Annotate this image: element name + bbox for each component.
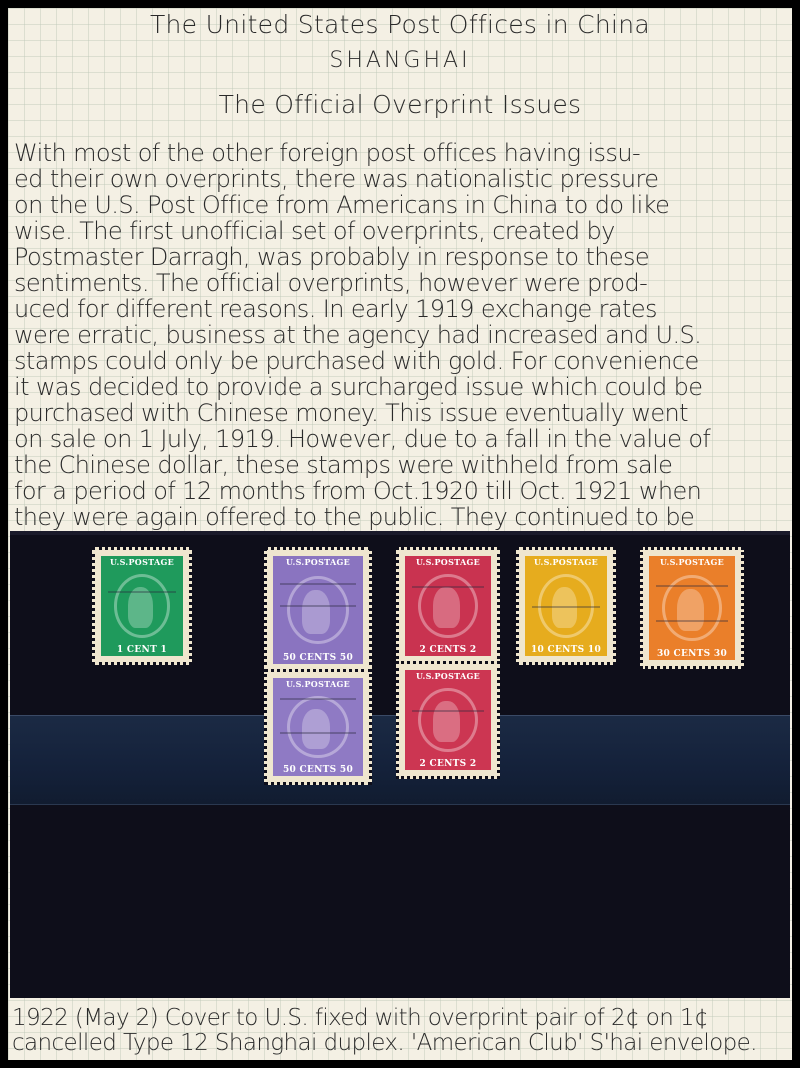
stamp-denomination: 2 CENTS 2 xyxy=(420,644,477,656)
stamp-denomination: 1 CENT 1 xyxy=(117,644,167,656)
portrait-oval xyxy=(418,688,477,752)
stamp-denomination: 2 CENTS 2 xyxy=(420,758,477,770)
stamp-top-label: U.S.POSTAGE xyxy=(110,556,174,568)
cancellation-mark xyxy=(412,586,484,588)
text-line: With most of the other foreign post offi… xyxy=(14,140,788,166)
text-line: ed their own overprints, there was natio… xyxy=(14,166,788,192)
stamp-top-label: U.S.POSTAGE xyxy=(416,556,480,568)
cancellation-mark xyxy=(656,620,728,622)
text-line: for a period of 12 months from Oct.1920 … xyxy=(14,478,788,504)
cancellation-mark xyxy=(280,732,356,734)
cancellation-mark xyxy=(656,585,728,587)
stamp-violet-50-cents-bottom[interactable]: U.S.POSTAGE 50 CENTS 50 xyxy=(264,669,372,785)
text-line: uced for different reasons. In early 191… xyxy=(14,296,788,322)
stamp-top-label: U.S.POSTAGE xyxy=(534,556,598,568)
stamp-denomination: 10 CENTS 10 xyxy=(531,644,601,656)
cover-caption: 1922 (May 2) Cover to U.S. fixed with ov… xyxy=(12,1006,788,1056)
stamp-carmine-2-cents-top[interactable]: U.S.POSTAGE 2 CENTS 2 xyxy=(396,547,500,665)
stamp-denomination: 30 CENTS 30 xyxy=(657,648,727,660)
page-title: The United States Post Offices in China xyxy=(8,10,792,39)
stamp-top-label: U.S.POSTAGE xyxy=(416,670,480,682)
text-line: they were again offered to the public. T… xyxy=(14,504,788,530)
stamp-yellow-10-cents[interactable]: U.S.POSTAGE 10 CENTS 10 xyxy=(516,547,616,665)
stamp-top-label: U.S.POSTAGE xyxy=(286,556,350,568)
stamp-denomination: 50 CENTS 50 xyxy=(283,652,353,664)
portrait-oval xyxy=(287,576,349,645)
portrait-oval xyxy=(114,574,171,638)
text-line: on sale on 1 July, 1919. However, due to… xyxy=(14,426,788,452)
text-line: sentiments. The official overprints, how… xyxy=(14,270,788,296)
cancellation-mark xyxy=(280,698,356,700)
stamp-carmine-2-cents-bottom[interactable]: U.S.POSTAGE 2 CENTS 2 xyxy=(396,661,500,779)
text-line: it was decided to provide a surcharged i… xyxy=(14,374,788,400)
text-line: were erratic, business at the agency had… xyxy=(14,322,788,348)
section-title: The Official Overprint Issues xyxy=(8,90,792,119)
stamp-top-label: U.S.POSTAGE xyxy=(286,678,350,690)
text-line: purchased with Chinese money. This issue… xyxy=(14,400,788,426)
text-line: Postmaster Darragh, was probably in resp… xyxy=(14,244,788,270)
stamp-violet-50-cents-top[interactable]: U.S.POSTAGE 50 CENTS 50 xyxy=(264,547,372,673)
caption-line: cancelled Type 12 Shanghai duplex. 'Amer… xyxy=(12,1031,788,1056)
text-line: stamps could only be purchased with gold… xyxy=(14,348,788,374)
text-line: on the U.S. Post Office from Americans i… xyxy=(14,192,788,218)
caption-line: 1922 (May 2) Cover to U.S. fixed with ov… xyxy=(12,1006,788,1031)
portrait-oval xyxy=(287,696,349,759)
cancellation-mark xyxy=(108,591,177,593)
text-line: the Chinese dollar, these stamps were wi… xyxy=(14,452,788,478)
portrait-oval xyxy=(418,574,477,638)
stamp-top-label: U.S.POSTAGE xyxy=(660,556,724,568)
stamp-stockcard: U.S.POSTAGE 1 CENT 1 U.S.POSTAGE 50 CENT… xyxy=(10,531,790,998)
cancellation-mark xyxy=(280,583,356,585)
page-subtitle: SHANGHAI xyxy=(8,48,792,73)
stamp-green-1-cent[interactable]: U.S.POSTAGE 1 CENT 1 xyxy=(92,547,192,665)
text-line: wise. The first unofficial set of overpr… xyxy=(14,218,788,244)
cancellation-mark xyxy=(532,606,601,608)
stamp-denomination: 50 CENTS 50 xyxy=(283,764,353,776)
stamp-orange-30-cents[interactable]: U.S.POSTAGE 30 CENTS 30 xyxy=(640,547,744,669)
description-text: With most of the other foreign post offi… xyxy=(14,140,788,556)
cancellation-mark xyxy=(280,605,356,607)
cancellation-mark xyxy=(412,710,484,712)
